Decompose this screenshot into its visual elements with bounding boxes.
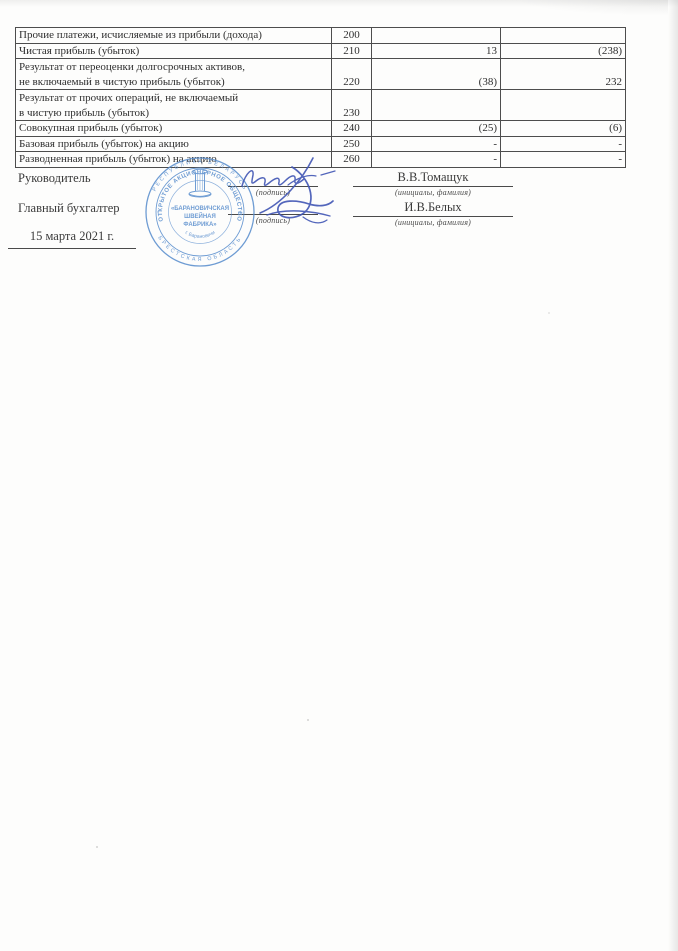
row-value-previous bbox=[501, 90, 626, 121]
row-code: 220 bbox=[332, 59, 372, 90]
accountant-name: И.В.Белых bbox=[353, 200, 513, 215]
row-value-previous: 232 bbox=[501, 59, 626, 90]
table-row: Совокупная прибыль (убыток)240(25)(6) bbox=[16, 121, 626, 137]
scan-artifact-right-edge bbox=[668, 0, 678, 951]
stamp-company-line2: ШВЕЙНАЯ bbox=[184, 212, 216, 220]
row-code: 230 bbox=[332, 90, 372, 121]
profit-loss-table: Прочие платежи, исчисляемые из прибыли (… bbox=[15, 27, 625, 168]
row-value-previous: (6) bbox=[501, 121, 626, 137]
accountant-name-line bbox=[353, 216, 513, 217]
table-row: Результат от переоценки долгосрочных акт… bbox=[16, 59, 626, 90]
row-value-previous bbox=[501, 28, 626, 44]
row-code: 200 bbox=[332, 28, 372, 44]
director-label: Руководитель bbox=[18, 171, 91, 186]
row-value-current: 13 bbox=[372, 43, 501, 59]
row-label: Результат от прочих операций, не включае… bbox=[16, 90, 332, 121]
table-row: Прочие платежи, исчисляемые из прибыли (… bbox=[16, 28, 626, 44]
row-code: 240 bbox=[332, 121, 372, 137]
scan-speck bbox=[548, 312, 550, 314]
scan-artifact-corner bbox=[518, 0, 668, 16]
row-value-current bbox=[372, 28, 501, 44]
row-value-previous: (238) bbox=[501, 43, 626, 59]
row-label: Совокупная прибыль (убыток) bbox=[16, 121, 332, 137]
row-label: Прочие платежи, исчисляемые из прибыли (… bbox=[16, 28, 332, 44]
accountant-name-caption: (инициалы, фамилия) bbox=[353, 218, 513, 227]
report-table-body: Прочие платежи, исчисляемые из прибыли (… bbox=[16, 28, 626, 168]
director-name-caption: (инициалы, фамилия) bbox=[353, 188, 513, 197]
director-name-line bbox=[353, 186, 513, 187]
svg-text:г. Барановичи: г. Барановичи bbox=[184, 230, 217, 240]
accountant-signature-ink bbox=[260, 158, 333, 223]
scanned-report-page: Прочие платежи, исчисляемые из прибыли (… bbox=[0, 0, 678, 951]
row-value-current: - bbox=[372, 136, 501, 152]
scan-speck bbox=[307, 719, 309, 721]
row-value-previous: - bbox=[501, 136, 626, 152]
table-row: Чистая прибыль (убыток)21013(238) bbox=[16, 43, 626, 59]
row-label: Чистая прибыль (убыток) bbox=[16, 43, 332, 59]
stamp-city-text: г. Барановичи bbox=[184, 230, 217, 240]
row-label: Результат от переоценки долгосрочных акт… bbox=[16, 59, 332, 90]
stamp-company-line3: ФАБРИКА» bbox=[183, 222, 217, 228]
report-date: 15 марта 2021 г. bbox=[8, 229, 136, 249]
scan-speck bbox=[96, 846, 98, 848]
row-value-current: - bbox=[372, 152, 501, 168]
table-row: Результат от прочих операций, не включае… bbox=[16, 90, 626, 121]
director-name: В.В.Томащук bbox=[353, 170, 513, 185]
row-value-current: (38) bbox=[372, 59, 501, 90]
row-value-current bbox=[372, 90, 501, 121]
handwritten-signatures bbox=[220, 150, 360, 240]
director-signature-ink bbox=[242, 171, 335, 186]
row-value-current: (25) bbox=[372, 121, 501, 137]
row-code: 210 bbox=[332, 43, 372, 59]
row-value-previous: - bbox=[501, 152, 626, 168]
accountant-label: Главный бухгалтер bbox=[18, 201, 120, 216]
